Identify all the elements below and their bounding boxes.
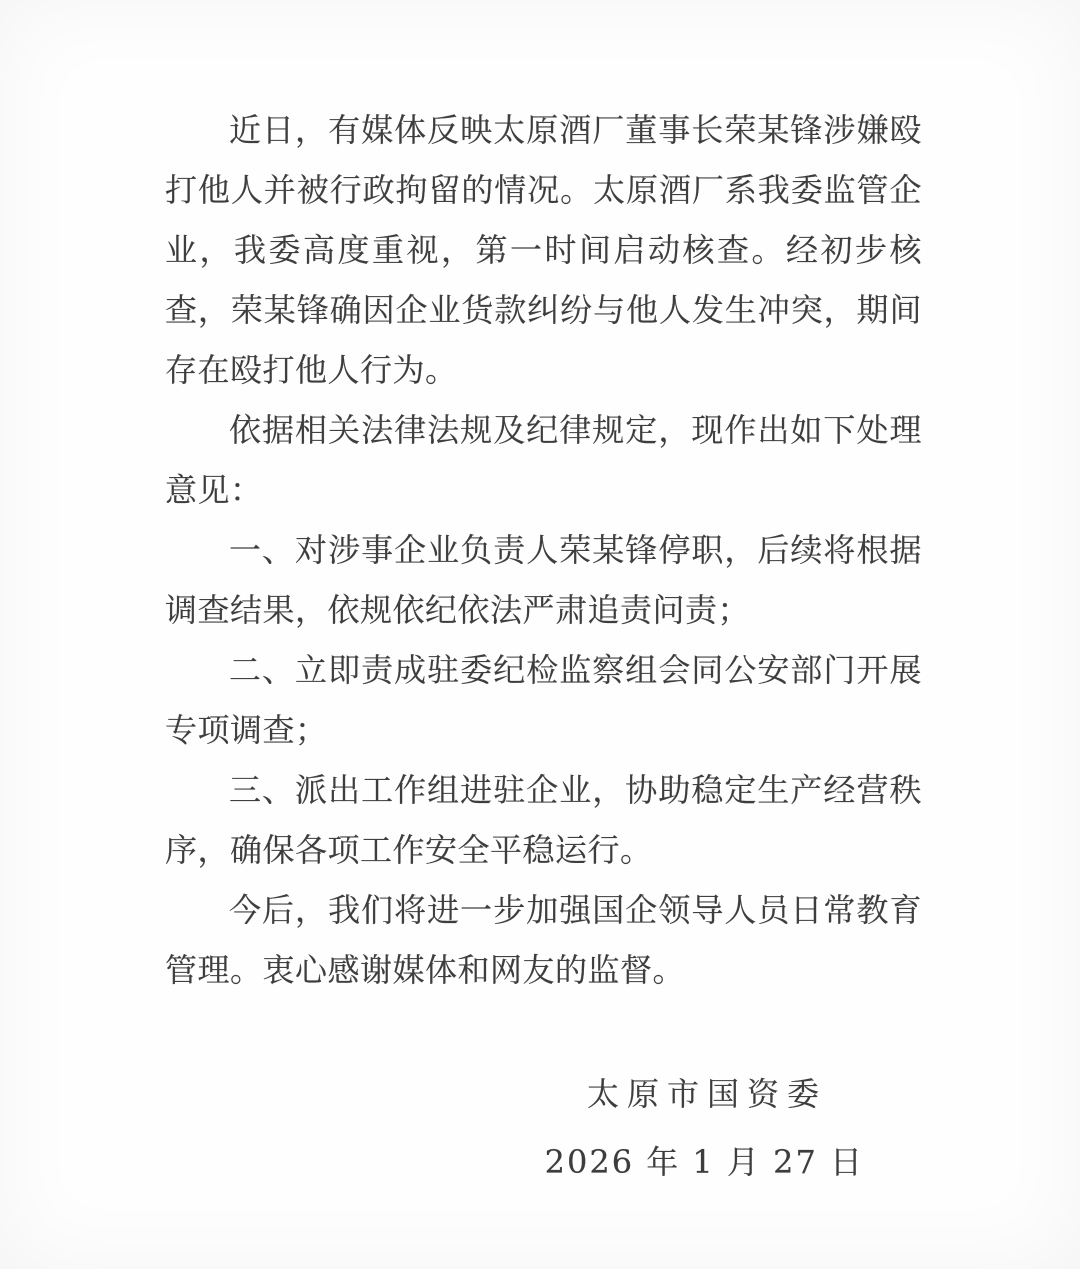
- signature-block: 太原市国资委 2026 年 1 月 27 日: [165, 1064, 922, 1192]
- issue-date: 2026 年 1 月 27 日: [165, 1132, 922, 1192]
- paragraph-measure-1: 一、对涉事企业负责人荣某锋停职，后续将根据调查结果，依规依纪依法严肃追责问责；: [165, 520, 922, 640]
- paragraph-closing: 今后，我们将进一步加强国企领导人员日常教育管理。衷心感谢媒体和网友的监督。: [165, 880, 922, 1000]
- official-statement-document: 近日，有媒体反映太原酒厂董事长荣某锋涉嫌殴打他人并被行政拘留的情况。太原酒厂系我…: [0, 0, 1080, 1269]
- document-body: 近日，有媒体反映太原酒厂董事长荣某锋涉嫌殴打他人并被行政拘留的情况。太原酒厂系我…: [165, 100, 922, 1000]
- paragraph-measure-2: 二、立即责成驻委纪检监察组会同公安部门开展专项调查；: [165, 640, 922, 760]
- issuing-authority: 太原市国资委: [165, 1064, 922, 1124]
- paragraph-handling-intro: 依据相关法律法规及纪律规定，现作出如下处理意见：: [165, 400, 922, 520]
- paragraph-measure-3: 三、派出工作组进驻企业，协助稳定生产经营秩序，确保各项工作安全平稳运行。: [165, 760, 922, 880]
- paragraph-incident-summary: 近日，有媒体反映太原酒厂董事长荣某锋涉嫌殴打他人并被行政拘留的情况。太原酒厂系我…: [165, 100, 922, 400]
